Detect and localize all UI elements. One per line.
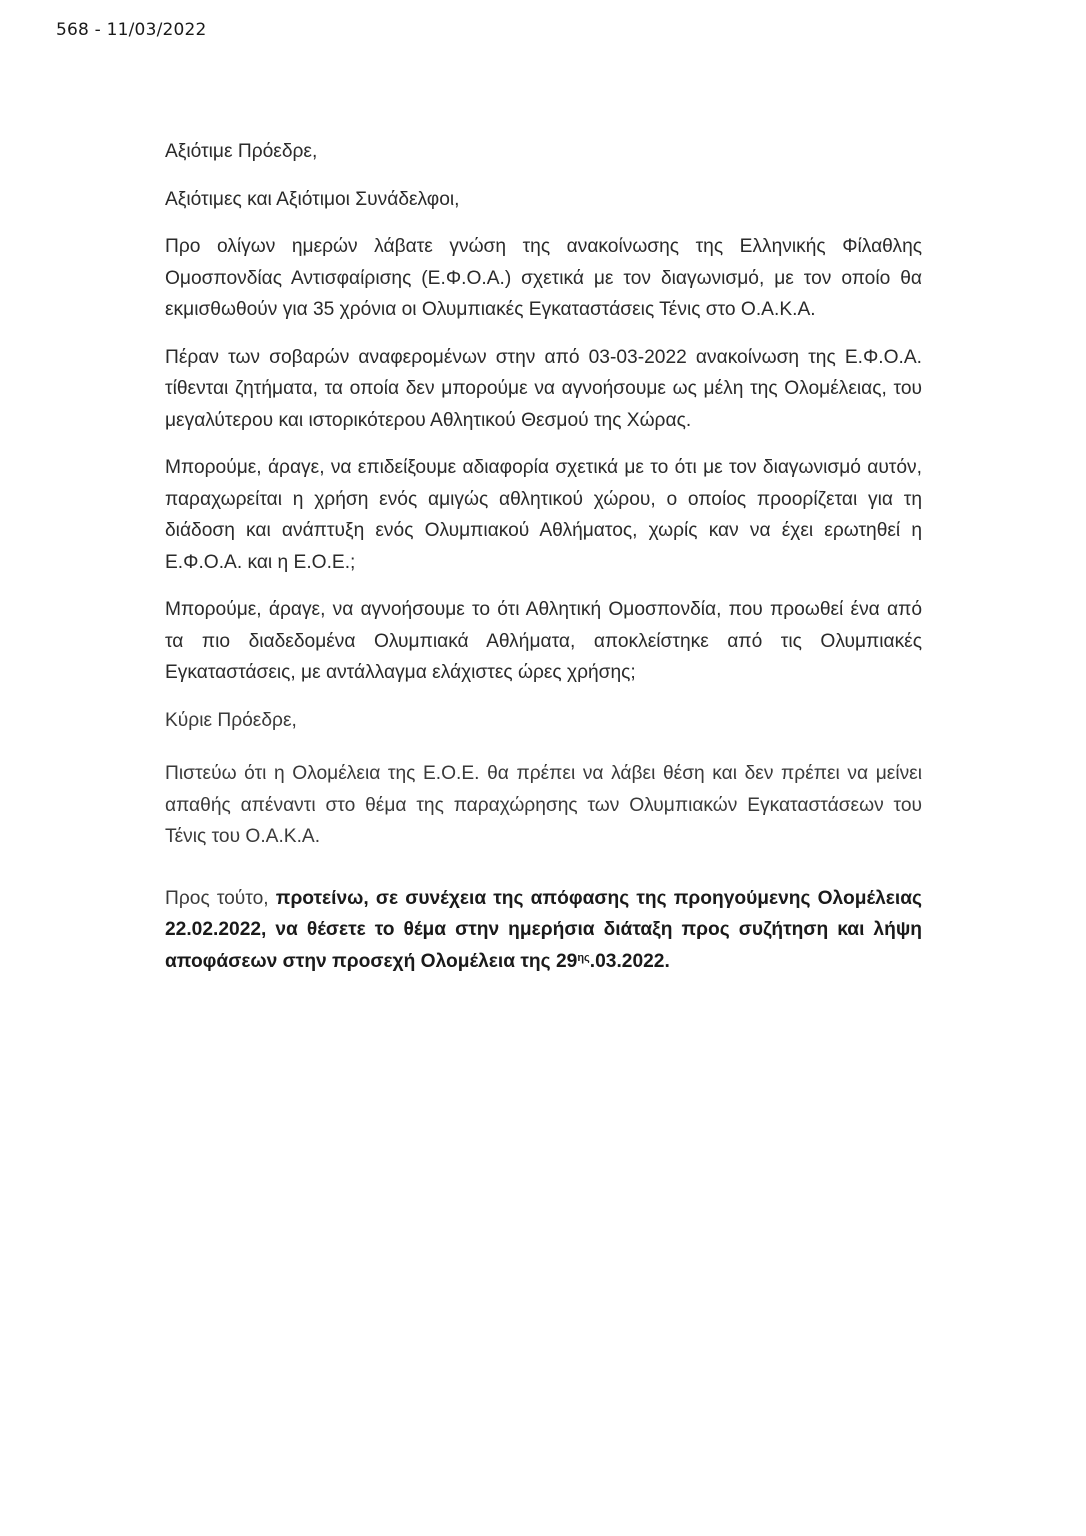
proposal-lead: Προς τούτο, — [165, 888, 276, 909]
salutation-mr-president: Κύριε Πρόεδρε, — [165, 705, 922, 737]
paragraph-proposal: Προς τούτο, προτείνω, σε συνέχεια της απ… — [165, 883, 922, 978]
paragraph-issues: Πέραν των σοβαρών αναφερομένων στην από … — [165, 342, 922, 437]
letter-body: Αξιότιμε Πρόεδρε, Αξιότιμες και Αξιότιμο… — [165, 136, 922, 993]
salutation-colleagues: Αξιότιμες και Αξιότιμοι Συνάδελφοι, — [165, 184, 922, 216]
paragraph-belief: Πιστεύω ότι η Ολομέλεια της Ε.Ο.Ε. θα πρ… — [165, 758, 922, 853]
proposal-ordinal-suffix: ης — [577, 952, 589, 964]
paragraph-question-indifference: Μπορούμε, άραγε, να επιδείξουμε αδιαφορί… — [165, 452, 922, 578]
salutation-president: Αξιότιμε Πρόεδρε, — [165, 136, 922, 168]
paragraph-announcement: Προ ολίγων ημερών λάβατε γνώση της ανακο… — [165, 231, 922, 326]
paragraph-question-ignore: Μπορούμε, άραγε, να αγνοήσουμε το ότι Αθ… — [165, 594, 922, 689]
proposal-date-tail: .03.2022. — [590, 951, 670, 972]
document-stamp: 568 - 11/03/2022 — [56, 20, 207, 40]
proposal-bold-text: προτείνω, σε συνέχεια της απόφασης της π… — [165, 888, 922, 972]
